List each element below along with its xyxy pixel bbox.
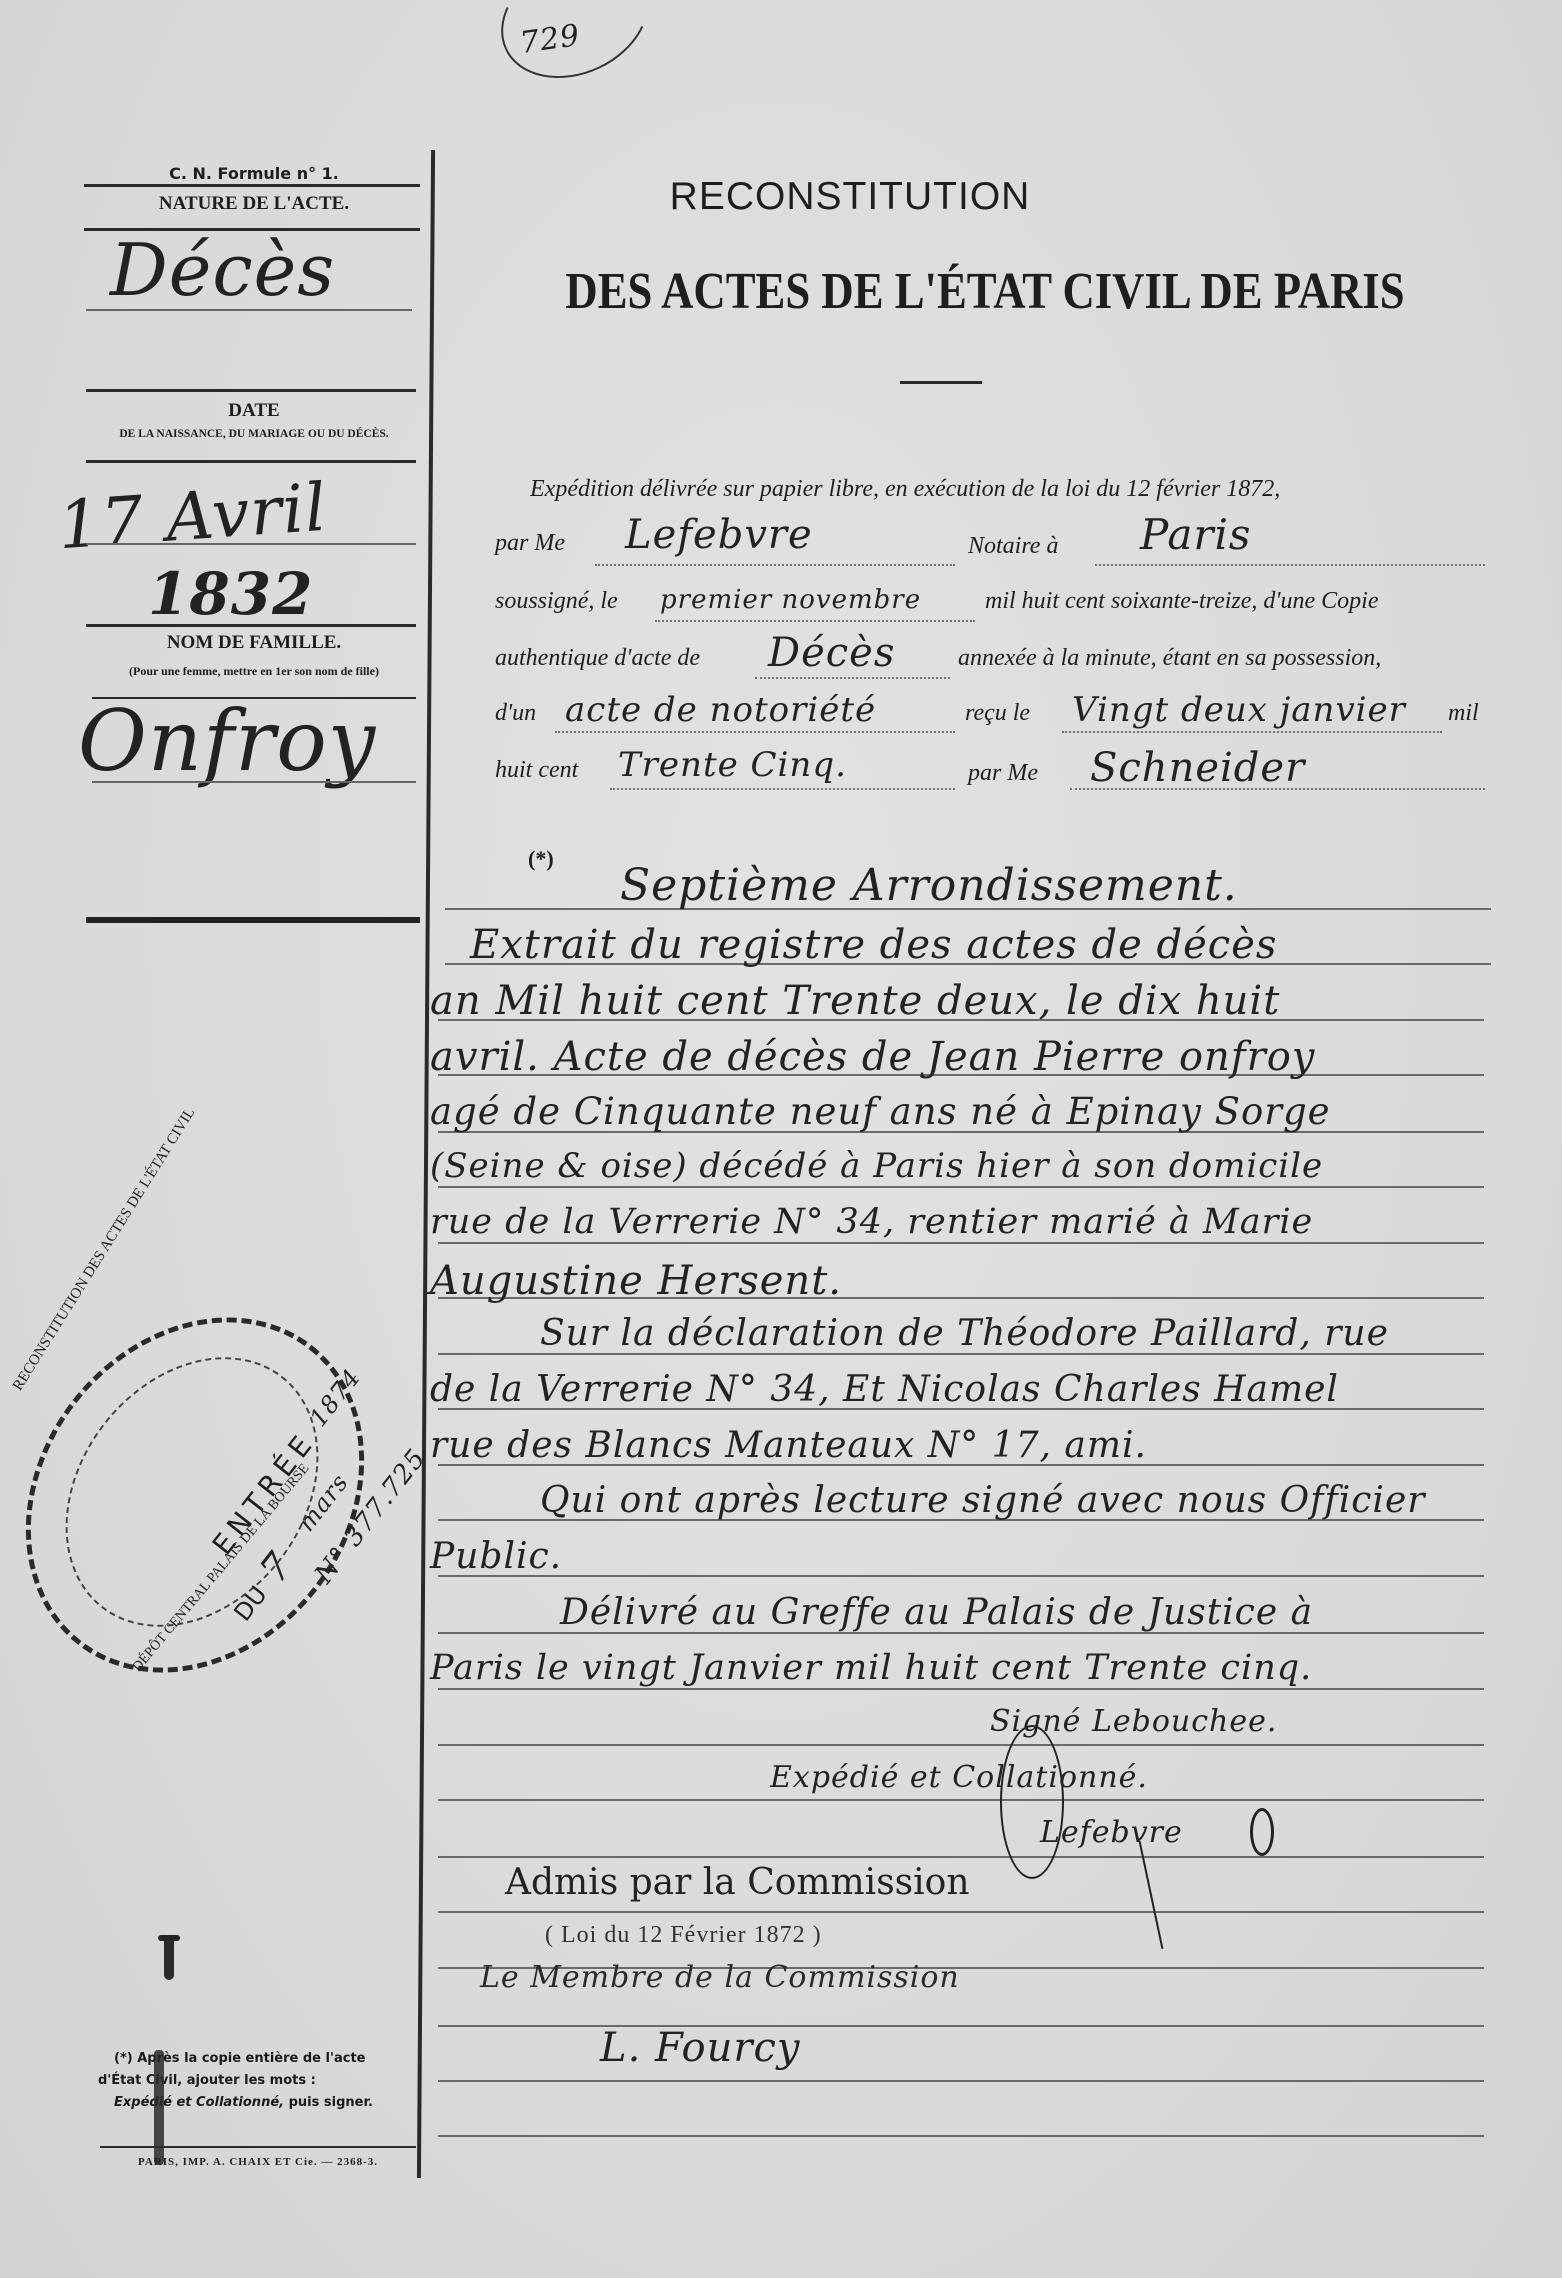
- received-date: Vingt deux janvier: [1072, 690, 1406, 730]
- nature-label: NATURE DE L'ACTE.: [84, 193, 424, 215]
- commission-member-label: Le Membre de la Commission: [480, 1960, 960, 1995]
- ruled-line: [438, 1911, 1484, 1913]
- fill-notary-city: [1095, 564, 1485, 566]
- fill-line: [92, 781, 416, 783]
- title-line2: DES ACTES DE L'ÉTAT CIVIL DE PARIS: [559, 262, 1410, 321]
- divider: [86, 389, 416, 392]
- transcript-line: Qui ont après lecture signé avec nous Of…: [540, 1480, 1425, 1521]
- transcript-line: rue des Blancs Manteaux N° 17, ami.: [430, 1425, 1147, 1466]
- transcript-line: agé de Cinquante neuf ans né à Epinay So…: [430, 1090, 1331, 1133]
- ruled-line: [438, 1744, 1484, 1746]
- form-line3-rest: mil huit cent soixante-treize, d'une Cop…: [985, 588, 1379, 615]
- notary-date: premier novembre: [660, 585, 921, 615]
- footnote-italic: Expédié et Collationné,: [114, 2095, 284, 2110]
- ruled-line: [438, 1186, 1484, 1188]
- form-par-me: par Me: [968, 760, 1038, 787]
- date-year: 1832: [148, 560, 313, 628]
- form-dun: d'un: [495, 700, 536, 727]
- pin-shaft: [164, 1940, 174, 1980]
- ruled-line: [438, 2135, 1484, 2137]
- footnote-line1: (*) Après la copie entière de l'acte: [98, 2048, 418, 2070]
- form-authentique: authentique d'acte de: [495, 645, 700, 672]
- divider: [84, 184, 420, 187]
- transcript-line: de la Verrerie N° 34, Et Nicolas Charles…: [430, 1369, 1339, 1410]
- fill-act-type: [755, 677, 950, 679]
- form-soussigne: soussigné, le: [495, 588, 618, 615]
- form-ref: C. N. Formule n° 1.: [84, 164, 424, 183]
- ruled-line: [438, 1242, 1484, 1244]
- form-line1: Expédition délivrée sur papier libre, en…: [530, 476, 1280, 503]
- ruled-line: [438, 1575, 1484, 1577]
- nature-value: Décès: [110, 228, 335, 312]
- notary-name: Lefebvre: [625, 512, 813, 558]
- notary-signature: Lefebvre: [1040, 1815, 1183, 1850]
- form-notaire-label: Notaire à: [968, 533, 1058, 560]
- surname-label: NOM DE FAMILLE.: [84, 632, 424, 654]
- act-type: Décès: [768, 630, 895, 676]
- title-underline: [900, 381, 982, 384]
- footer-divider: [100, 2146, 416, 2148]
- ruled-line: [438, 1688, 1484, 1690]
- transcript-line: Paris le vingt Janvier mil huit cent Tre…: [430, 1648, 1312, 1688]
- footnote-rest: puis signer.: [284, 2095, 373, 2110]
- notary-city: Paris: [1140, 510, 1251, 559]
- signature-paraph: [1250, 1808, 1274, 1856]
- transcript-line: (Seine & oise) décédé à Paris hier à son…: [430, 1146, 1323, 1186]
- received-year: Trente Cinq.: [618, 745, 847, 785]
- signature-loop: [1000, 1725, 1064, 1879]
- act-kind: acte de notoriété: [565, 690, 876, 730]
- transcript-line: rue de la Verrerie N° 34, rentier marié …: [430, 1202, 1313, 1242]
- ruled-line: [438, 1799, 1484, 1801]
- fill-line: [86, 543, 416, 545]
- second-notary: Schneider: [1090, 745, 1305, 791]
- ruled-line: [438, 2080, 1484, 2082]
- transcript-line: Extrait du registre des actes de décès: [470, 922, 1277, 968]
- surname-sublabel: (Pour une femme, mettre en 1er son nom d…: [84, 664, 424, 679]
- form-huit-cent: huit cent: [495, 757, 578, 784]
- title-line1: RECONSTITUTION: [640, 175, 1060, 219]
- fill-date: [655, 620, 975, 622]
- fill-notary-name: [595, 564, 955, 566]
- printer-imprint: PARIS, IMP. A. CHAIX ET Cie. — 2368-3.: [100, 2156, 416, 2168]
- form-mil: mil: [1448, 700, 1479, 727]
- transcript-line: an Mil huit cent Trente deux, le dix hui…: [430, 978, 1280, 1024]
- form-recu: reçu le: [965, 700, 1030, 727]
- asterisk-marker: (*): [528, 846, 554, 872]
- divider: [86, 624, 416, 627]
- transcript-line: Augustine Hersent.: [430, 1258, 842, 1304]
- divider: [86, 460, 416, 463]
- transcript-line: Sur la déclaration de Théodore Paillard,…: [540, 1313, 1389, 1354]
- form-line4-rest: annexée à la minute, étant en sa possess…: [958, 645, 1381, 672]
- transcript-line: avril. Acte de décès de Jean Pierre onfr…: [430, 1034, 1315, 1080]
- commission-stamp-line2: ( Loi du 12 Février 1872 ): [545, 1922, 822, 1949]
- ruled-line: [438, 2025, 1484, 2027]
- form-par-label: par Me: [495, 530, 565, 557]
- fill-received-date: [1062, 731, 1442, 733]
- footnote-line2: d'État Civil, ajouter les mots :: [98, 2070, 418, 2092]
- date-sublabel: DE LA NAISSANCE, DU MARIAGE OU DU DÉCÈS.: [84, 428, 424, 440]
- transcript-line: Délivré au Greffe au Palais de Justice à: [560, 1592, 1313, 1633]
- surname-value: Onfroy: [78, 692, 376, 790]
- footnote: (*) Après la copie entière de l'acte d'É…: [98, 2048, 418, 2114]
- fill-line: [86, 309, 412, 311]
- section-end-bar: [86, 917, 420, 923]
- date-label: DATE: [84, 400, 424, 422]
- commission-stamp-line1: Admis par la Commission: [505, 1862, 970, 1903]
- commission-member-signature: L. Fourcy: [600, 2025, 801, 2071]
- entry-stamp: RECONSTITUTION DES ACTES DE L'ÉTAT CIVIL…: [20, 1275, 380, 1695]
- ruled-line: [438, 1856, 1484, 1858]
- transcript-line: Public.: [430, 1536, 562, 1577]
- transcript-line: Septième Arrondissement.: [620, 860, 1238, 911]
- transcript-line: Expédié et Collationné.: [770, 1760, 1148, 1795]
- fill-received-year: [610, 788, 955, 790]
- fill-act-kind: [555, 731, 955, 733]
